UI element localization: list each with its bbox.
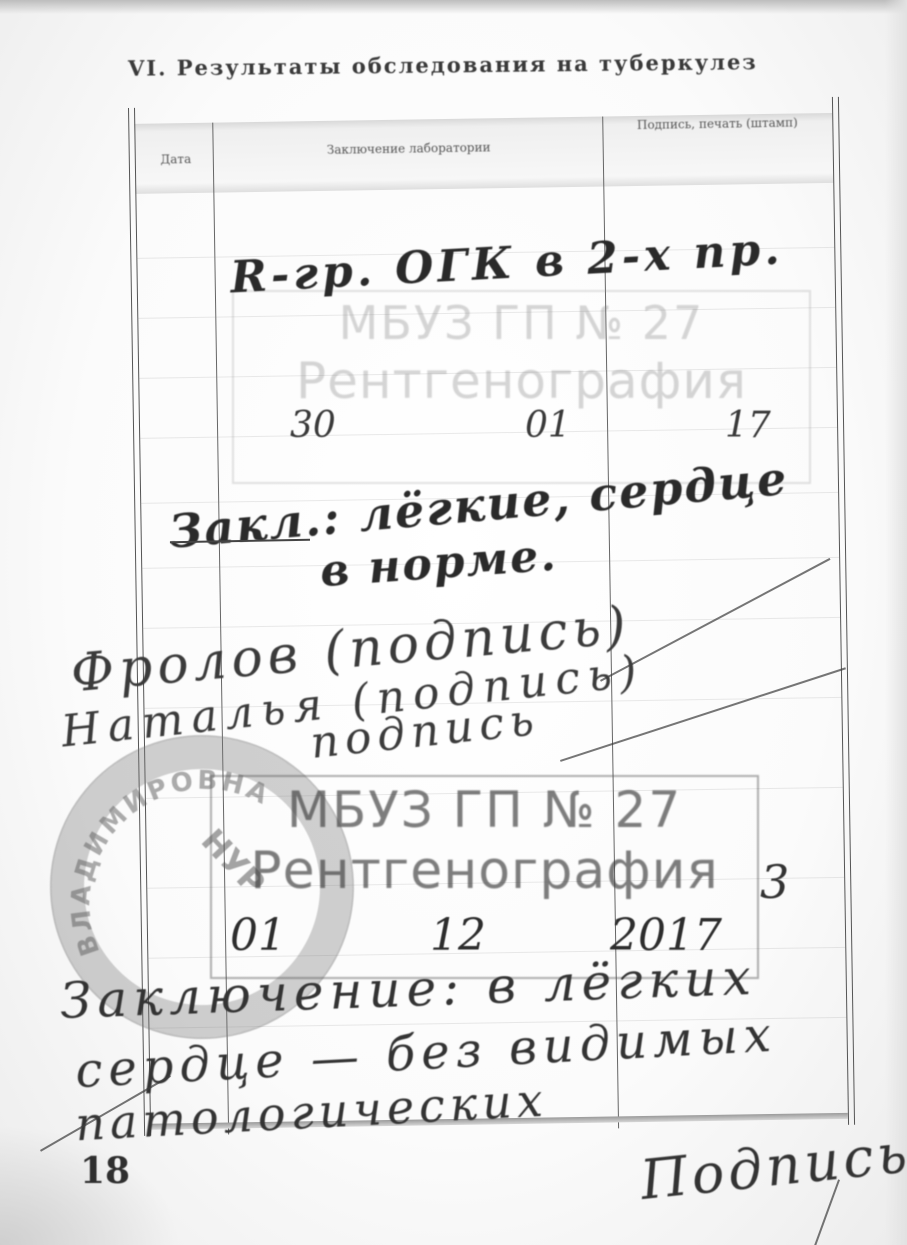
section-title: VI. Результаты обследования на туберкуле…	[128, 48, 848, 81]
entry-2-month: 12	[430, 910, 486, 961]
stamp-1-institution: МБУЗ ГП № 27	[234, 296, 809, 350]
entry-2-day: 01	[230, 910, 286, 961]
stamp-2-number: 3	[760, 855, 789, 909]
doctor-signature: Подпись	[637, 1121, 907, 1212]
page-top-shadow	[0, 0, 907, 14]
entry-1-month: 01	[525, 405, 571, 446]
document-page: VI. Результаты обследования на туберкуле…	[0, 0, 907, 1245]
stamp-1-department: Рентгенография	[234, 352, 809, 410]
page-number: 18	[80, 1150, 130, 1192]
stamp-2-institution: МБУЗ ГП № 27	[212, 781, 757, 839]
faint-row-lines	[128, 97, 840, 108]
header-date: Дата	[141, 152, 211, 167]
entry-1-day: 30	[290, 405, 336, 446]
xray-stamp-1: МБУЗ ГП № 27 Рентгенография	[232, 290, 811, 484]
entry-1-year: 17	[725, 405, 771, 446]
page-binding-edge	[885, 0, 907, 1245]
stamp-2-department: Рентгенография	[212, 841, 757, 901]
